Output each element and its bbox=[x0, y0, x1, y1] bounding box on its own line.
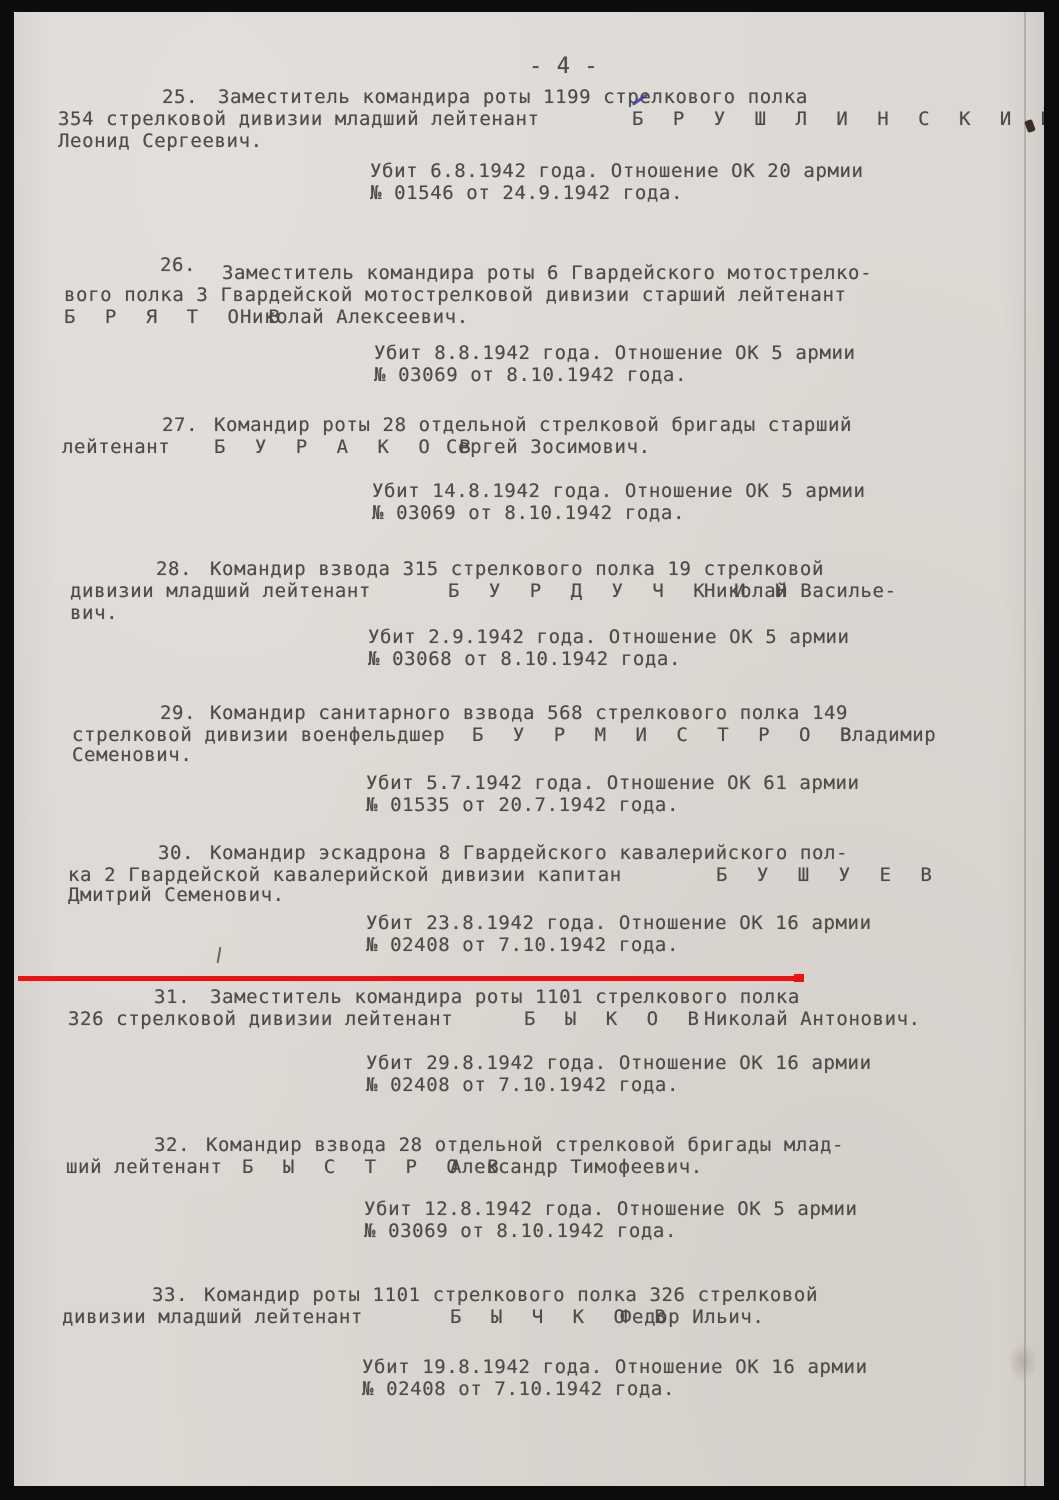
entry-number: 32. bbox=[154, 1134, 190, 1156]
entry-line: Командир взвода 315 стрелкового полка 19… bbox=[210, 558, 824, 580]
entry-line: Сергей Зосимович. bbox=[446, 436, 651, 458]
entry-number: 31. bbox=[154, 986, 190, 1008]
entry-line: стрелковой дивизии военфельдшер bbox=[72, 724, 445, 746]
page-number: - 4 - bbox=[529, 54, 598, 79]
edge-stain bbox=[1008, 1342, 1038, 1382]
entry-line: 326 стрелковой дивизии лейтенант bbox=[68, 1008, 453, 1030]
entry-line: дивизии младший лейтенант bbox=[70, 580, 371, 602]
entry-number: 33. bbox=[152, 1284, 188, 1306]
surname: Б У Ш У Е В bbox=[716, 864, 941, 886]
red-underline-marker bbox=[18, 976, 800, 981]
result-line: Убит 5.7.1942 года. Отношение ОК 61 арми… bbox=[366, 772, 860, 794]
result-line: Убит 6.8.1942 года. Отношение ОК 20 арми… bbox=[370, 160, 864, 182]
entry-line: Александр Тимофеевич. bbox=[450, 1156, 703, 1178]
entry-number: 26. bbox=[160, 254, 196, 276]
entry-line: дивизии младший лейтенант bbox=[62, 1306, 363, 1328]
entry-number: 28. bbox=[156, 558, 192, 580]
result-line: № 02408 от 7.10.1942 года. bbox=[366, 1074, 679, 1096]
entry-line: Николай Антонович. bbox=[704, 1008, 921, 1030]
page-fold bbox=[1024, 12, 1026, 1486]
entry-line: Заместитель командира роты 1199 стрелков… bbox=[218, 86, 808, 108]
entry-line: Дмитрий Семенович. bbox=[68, 884, 285, 906]
entry-line: Командир роты 28 отдельной стрелковой бр… bbox=[214, 414, 852, 436]
result-line: Убит 8.8.1942 года. Отношение ОК 5 армии bbox=[374, 342, 856, 364]
entry-number: 30. bbox=[158, 842, 194, 864]
result-line: Убит 19.8.1942 года. Отношение ОК 16 арм… bbox=[362, 1356, 868, 1378]
entry-line: Командир эскадрона 8 Гвардейского кавале… bbox=[210, 842, 848, 864]
entry-line: Заместитель командира роты 1101 стрелков… bbox=[210, 986, 800, 1008]
entry-line: Заместитель командира роты 6 Гвардейског… bbox=[222, 262, 872, 284]
document-page: - 4 - 25. Заместитель командира роты 119… bbox=[14, 12, 1044, 1486]
entry-line: Леонид Сергеевич. bbox=[58, 130, 263, 152]
entry-line: Командир взвода 28 отдельной стрелковой … bbox=[206, 1134, 844, 1156]
entry-line: ка 2 Гвардейской кавалерийской дивизии к… bbox=[68, 864, 622, 886]
entry-line: Федор Ильич. bbox=[620, 1306, 764, 1328]
result-line: № 01535 от 20.7.1942 года. bbox=[366, 794, 679, 816]
entry-line: вого полка 3 Гвардейской мотострелковой … bbox=[64, 284, 847, 306]
entry-line: лейтенант bbox=[62, 436, 170, 458]
entry-line: Николай Алексеевич. bbox=[240, 306, 469, 328]
result-line: Убит 29.8.1942 года. Отношение ОК 16 арм… bbox=[366, 1052, 872, 1074]
entry-number: 27. bbox=[162, 414, 198, 436]
surname: Б У Р А К О В bbox=[214, 436, 480, 458]
result-line: № 03069 от 8.10.1942 года. bbox=[372, 502, 685, 524]
entry-line: ший лейтенант bbox=[66, 1156, 223, 1178]
entry-line: Семенович. bbox=[72, 744, 192, 766]
entry-line: Николай Васильe- bbox=[704, 580, 897, 602]
entry-line: Владимир bbox=[840, 724, 936, 746]
entry-line: 354 стрелковой дивизии младший лейтенант bbox=[58, 108, 540, 130]
result-line: № 03068 от 8.10.1942 года. bbox=[368, 648, 681, 670]
entry-line: Командир роты 1101 стрелкового полка 326… bbox=[204, 1284, 818, 1306]
result-line: № 03069 от 8.10.1942 года. bbox=[374, 364, 687, 386]
result-line: № 02408 от 7.10.1942 года. bbox=[362, 1378, 675, 1400]
pencil-tick-mark bbox=[217, 947, 222, 963]
result-line: № 01546 от 24.9.1942 года. bbox=[370, 182, 683, 204]
surname: Б Ы К О В bbox=[524, 1008, 708, 1030]
entry-line: Командир санитарного взвода 568 стрелков… bbox=[210, 702, 848, 724]
surname: Б Р У Ш Л И Н С К И Й bbox=[632, 108, 1044, 130]
result-line: № 03069 от 8.10.1942 года. bbox=[364, 1220, 677, 1242]
result-line: № 02408 от 7.10.1942 года. bbox=[366, 934, 679, 956]
result-line: Убит 12.8.1942 года. Отношение ОК 5 арми… bbox=[364, 1198, 858, 1220]
result-line: Убит 2.9.1942 года. Отношение ОК 5 армии bbox=[368, 626, 850, 648]
result-line: Убит 23.8.1942 года. Отношение ОК 16 арм… bbox=[366, 912, 872, 934]
result-line: Убит 14.8.1942 года. Отношение ОК 5 арми… bbox=[372, 480, 866, 502]
surname: Б У Р М И С Т Р О В bbox=[472, 724, 860, 746]
entry-number: 25. bbox=[162, 86, 198, 108]
entry-line: вич. bbox=[70, 602, 118, 624]
entry-number: 29. bbox=[160, 702, 196, 724]
